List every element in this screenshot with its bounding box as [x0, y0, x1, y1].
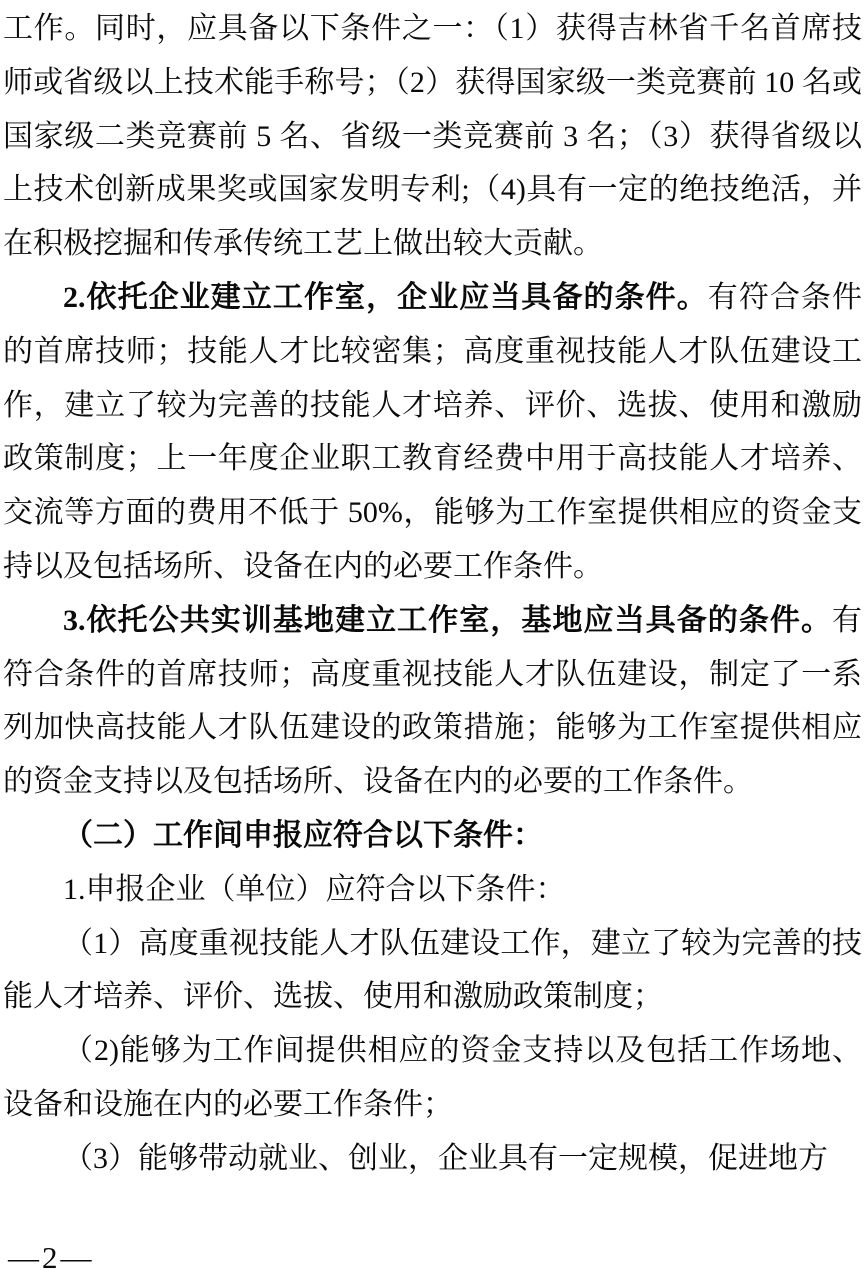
text-run: （1）高度重视技能人才队伍建设工作，建立了较为完善的技能人才培养、评价、选拔、使…	[3, 927, 862, 1014]
text-run: （2)能够为工作间提供相应的资金支持以及包括工作场地、设备和设施在内的必要工作条…	[3, 1034, 862, 1121]
text-run: 有符合条件的首席技师；技能人才比较密集；高度重视技能人才队伍建设工作，建立了较为…	[3, 281, 862, 583]
text-run: 工作。同时，应具备以下条件之一：（1）获得吉林省千名首席技师或省级以上技术能手称…	[3, 12, 862, 260]
paragraph: 1.申报企业（单位）应符合以下条件：	[3, 863, 862, 917]
bold-text-run: （二）工作间申报应符合以下条件：	[63, 819, 543, 852]
paragraph: （3）能够带动就业、创业，企业具有一定规模，促进地方	[3, 1132, 862, 1186]
page-number: —2—	[8, 1240, 95, 1273]
bold-text-run: 2.依托企业建立工作室，企业应当具备的条件。	[63, 281, 708, 314]
text-run: （3）能够带动就业、创业，企业具有一定规模，促进地方	[63, 1142, 828, 1175]
paragraph: 2.依托企业建立工作室，企业应当具备的条件。有符合条件的首席技师；技能人才比较密…	[3, 271, 862, 594]
paragraph: （2)能够为工作间提供相应的资金支持以及包括工作场地、设备和设施在内的必要工作条…	[3, 1024, 862, 1132]
document-page: 工作。同时，应具备以下条件之一：（1）获得吉林省千名首席技师或省级以上技术能手称…	[0, 0, 865, 1273]
bold-text-run: 3.依托公共实训基地建立工作室，基地应当具备的条件。	[63, 604, 832, 637]
paragraph: 3.依托公共实训基地建立工作室，基地应当具备的条件。有符合条件的首席技师；高度重…	[3, 594, 862, 809]
text-run: 1.申报企业（单位）应符合以下条件：	[63, 873, 566, 906]
paragraph: （二）工作间申报应符合以下条件：	[3, 809, 862, 863]
paragraph: （1）高度重视技能人才队伍建设工作，建立了较为完善的技能人才培养、评价、选拔、使…	[3, 917, 862, 1025]
paragraph: 工作。同时，应具备以下条件之一：（1）获得吉林省千名首席技师或省级以上技术能手称…	[3, 2, 862, 271]
document-body: 工作。同时，应具备以下条件之一：（1）获得吉林省千名首席技师或省级以上技术能手称…	[0, 0, 865, 1186]
